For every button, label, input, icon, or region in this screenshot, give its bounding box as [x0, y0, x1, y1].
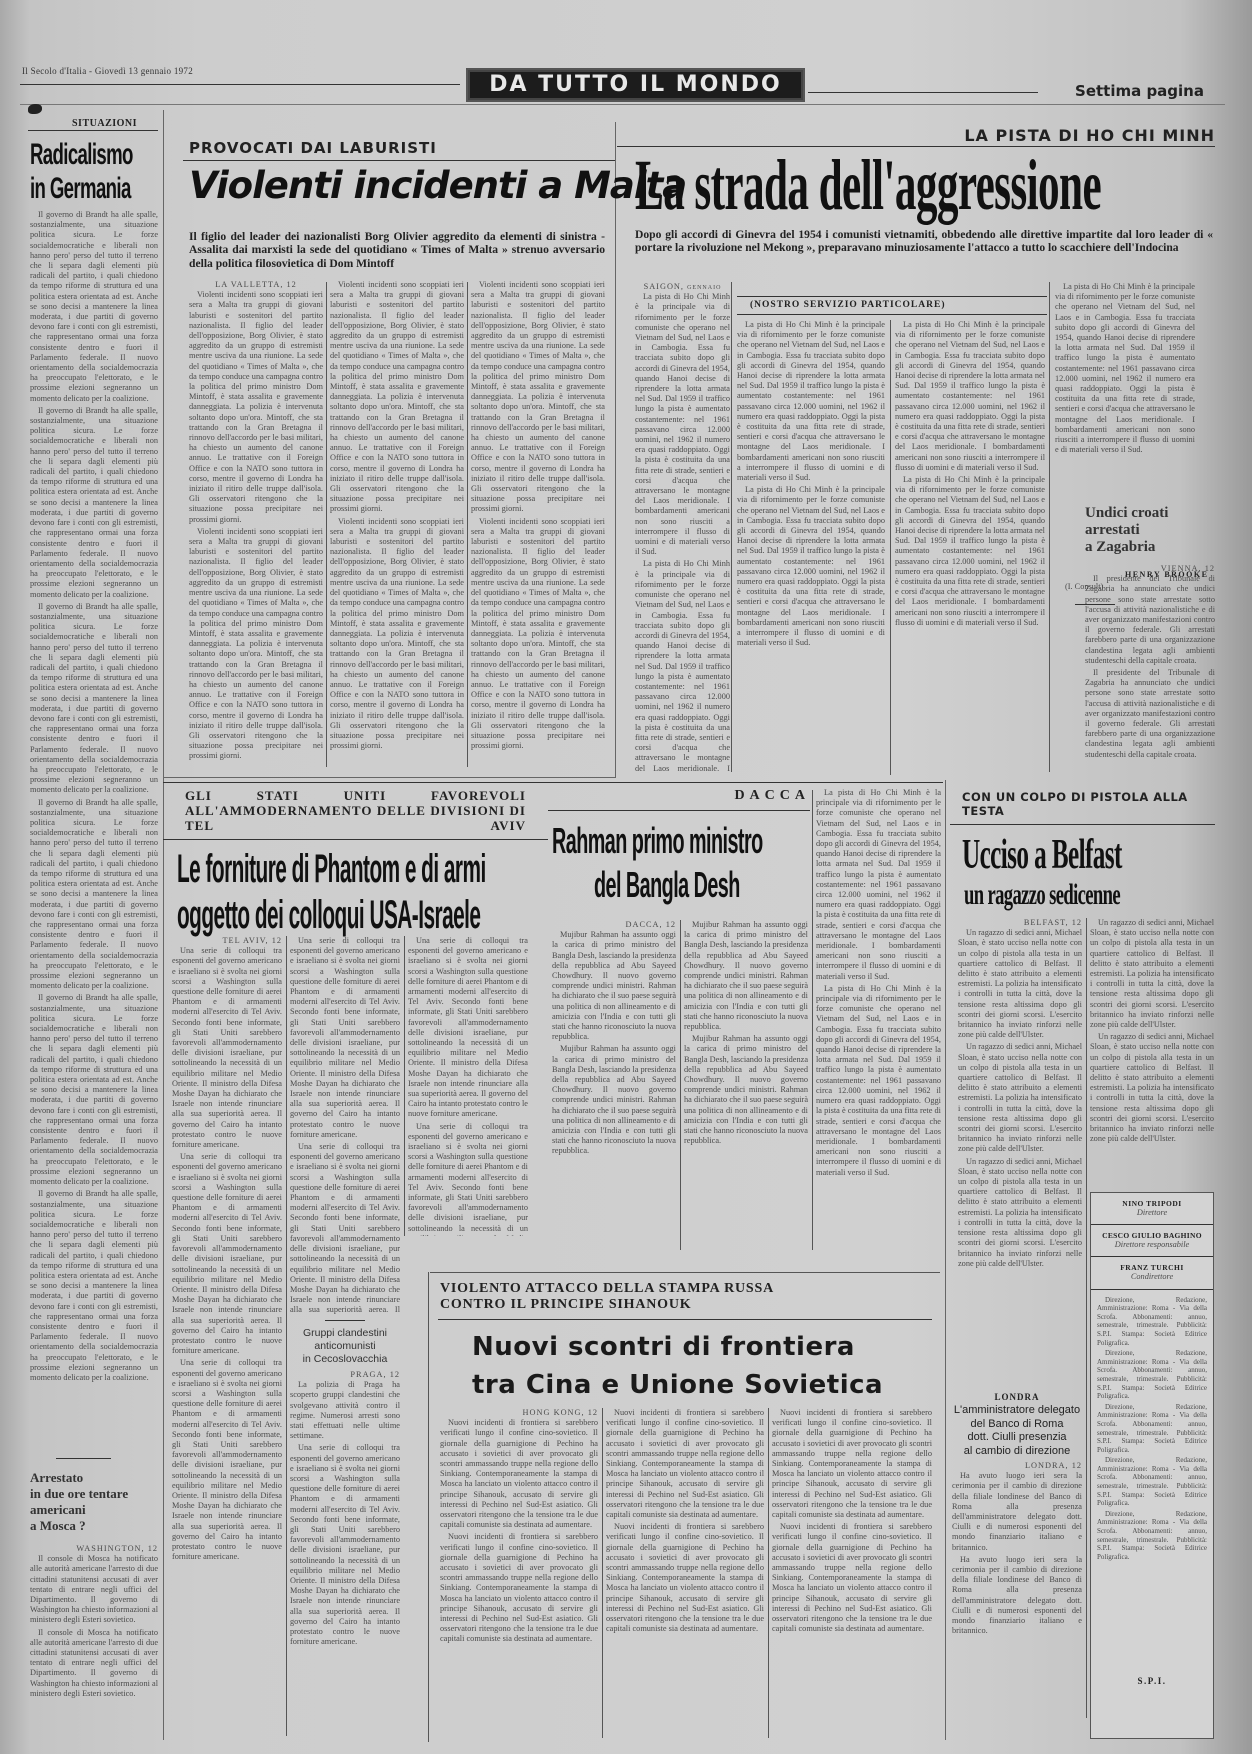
ceco-body: PRAGA, 12 La polizia di Praga ha scopert…	[290, 1370, 400, 1740]
masthead-box: NINO TRIPODI Direttore CESCO GIULIO BAGH…	[1090, 1192, 1214, 1739]
israele-col-3: Una serie di colloqui tra esponenti del …	[408, 936, 528, 1236]
left-body-p4: Il governo di Brandt ha alle spalle, sos…	[30, 798, 158, 992]
banco-dateline: LONDRA, 12	[952, 1461, 1082, 1471]
article-ceco: Gruppi clandestini anticomunisti in Ceco…	[290, 1320, 400, 1740]
croati-dateline: VIENNA, 12	[1085, 564, 1215, 574]
croati-body: VIENNA, 12 Il presidente del Tribunale d…	[1085, 564, 1215, 774]
entry-name-2: CESCO GIULIO BAGHINO	[1091, 1231, 1213, 1240]
masthead-footer: S.P.I.	[1091, 1676, 1213, 1686]
malta-col-3: Violenti incidenti sono scoppiati ieri s…	[471, 280, 605, 770]
israele-body-p6: Una serie di colloqui tra esponenti del …	[408, 936, 528, 1120]
dacca-headline-2: del Bangla Desh	[594, 863, 846, 907]
urss-body-p6: Nuovi incidenti di frontiera si sarebber…	[772, 1522, 932, 1634]
hochiminh-headline: La strada dell'aggressione	[635, 148, 1235, 222]
dacca-kicker-rule	[548, 810, 810, 811]
urss-headline: Nuovi scontri di frontiera tra Cina e Un…	[472, 1328, 940, 1404]
belfast-body-p2: Un ragazzo di sedici anni, Michael Sloan…	[958, 1042, 1082, 1154]
urss-kicker-1: VIOLENTO ATTACCO DELLA STAMPA RUSSA	[440, 1281, 940, 1297]
article-urss: VIOLENTO ATTACCO DELLA STAMPA RUSSA CONT…	[430, 1272, 940, 1404]
hochiminh-col-rule-2	[890, 320, 891, 775]
hochiminh-col-rule-1	[731, 282, 732, 772]
dacca-col-rule	[680, 920, 681, 1250]
continuation-p2: La pista di Ho Chi Minh è la principale …	[816, 984, 941, 1178]
malta-body-p4: Violenti incidenti sono scoppiati ieri s…	[330, 517, 464, 752]
urss-body-p1: Nuovi incidenti di frontiera si sarebber…	[440, 1418, 598, 1530]
urss-headline-2: tra Cina e Unione Sovietica	[472, 1366, 940, 1404]
left-body-p6: Il governo di Brandt ha alle spalle, sos…	[30, 1189, 158, 1383]
dacca-dateline: DACCA, 12	[552, 920, 676, 930]
sub-headline-line-1: Arrestato	[30, 1470, 158, 1486]
sub-body-p2: Il console di Mosca ha notificato alle a…	[30, 1628, 158, 1699]
entry-role-3: Condirettore	[1091, 1272, 1213, 1282]
header-rule-left	[20, 84, 460, 85]
hochiminh-dateline: SAIGON, gennaio	[635, 282, 730, 292]
left-headline: Radicalismo in Germania	[30, 138, 162, 206]
belfast-headline: Ucciso a Belfast un ragazzo sedicenne	[962, 833, 1252, 913]
article-croati: Undici croati arrestati a Zagabria VIENN…	[1085, 505, 1215, 774]
hochiminh-kicker: LA PISTA DI HO CHI MINH	[964, 126, 1215, 145]
belfast-body-p1: Un ragazzo di sedici anni, Michael Sloan…	[958, 928, 1082, 1040]
banco-dateline-top: LONDRA	[952, 1392, 1082, 1402]
malta-col-2: Violenti incidenti sono scoppiati ieri s…	[330, 280, 464, 770]
urss-dateline: HONG KONG, 12	[440, 1408, 598, 1418]
rubric-rule	[28, 130, 158, 131]
left-headline-line-2: in Germania	[30, 172, 160, 206]
hochiminh-body-p3: La pista di Ho Chi Minh è la principale …	[737, 320, 885, 483]
rubric-label: SITUAZIONI	[72, 118, 158, 129]
article-israele: GLI STATI UNITI FAVOREVOLI ALL'AMMODERNA…	[163, 788, 548, 938]
urss-left-rule	[428, 1272, 429, 1742]
ceco-dateline: PRAGA, 12	[290, 1370, 400, 1380]
urss-kicker: VIOLENTO ATTACCO DELLA STAMPA RUSSA CONT…	[440, 1281, 940, 1313]
urss-col-1: HONG KONG, 12 Nuovi incidenti di frontie…	[440, 1408, 598, 1738]
israele-col-1: TEL AVIV, 12 Una serie di colloqui tra e…	[172, 936, 282, 1736]
hochiminh-body-p4: La pista di Ho Chi Minh è la principale …	[737, 485, 885, 648]
fine-print-2: Direzione, Redazione, Amministrazione: R…	[1097, 1349, 1207, 1401]
banco-body-p1: Ha avuto luogo ieri sera la cerimonia pe…	[952, 1471, 1082, 1553]
banco-headline: L'amministratore delegato del Banco di R…	[952, 1404, 1082, 1458]
belfast-dateline: BELFAST, 12	[958, 918, 1082, 928]
belfast-kicker: CON UN COLPO DI PISTOLA ALLA TESTA	[962, 790, 1215, 818]
sub-headline-line-3: americani	[30, 1502, 158, 1518]
masthead-rule-2	[1091, 1256, 1213, 1257]
banco-headline-3: dott. Ciulli presenzia	[952, 1431, 1082, 1445]
hochiminh-body-p2: La pista di Ho Chi Minh è la principale …	[635, 559, 730, 772]
croati-headline-1: Undici croati	[1085, 505, 1215, 522]
dacca-kicker: DACCA	[548, 788, 810, 804]
sub-headline-line-2: in due ore tentare	[30, 1486, 158, 1502]
israele-body-p1: Una serie di colloqui tra esponenti del …	[172, 946, 282, 1150]
ceco-headline-3: in Cecoslovacchia	[290, 1353, 400, 1366]
urss-kicker-2: CONTRO IL PRINCIPE SIHANOUK	[440, 1297, 940, 1313]
ceco-headline: Gruppi clandestini anticomunisti in Ceco…	[290, 1327, 400, 1366]
article-banco: LONDRA L'amministratore delegato del Ban…	[952, 1392, 1082, 1711]
urss-col-rule-1	[602, 1408, 603, 1738]
malta-dateline: LA VALLETTA, 12	[189, 280, 323, 290]
banco-body: LONDRA, 12 Ha avuto luogo ieri sera la c…	[952, 1461, 1082, 1711]
belfast-kicker-rule	[950, 824, 1215, 825]
ceco-headline-2: anticomunisti	[290, 1340, 400, 1353]
urss-col-3: Nuovi incidenti di frontiera si sarebber…	[772, 1408, 932, 1738]
left-body-p5: Il governo di Brandt ha alle spalle, sos…	[30, 993, 158, 1187]
hochiminh-col-rule-3	[1049, 282, 1050, 772]
left-body-p2: Il governo di Brandt ha alle spalle, sos…	[30, 406, 158, 600]
belfast-col-2: Un ragazzo di sedici anni, Michael Sloan…	[1090, 918, 1214, 1188]
malta-body-p6: Violenti incidenti sono scoppiati ieri s…	[471, 517, 605, 752]
israele-body-p4: Una serie di colloqui tra esponenti del …	[290, 936, 400, 1140]
malta-deck: Il figlio del leader dei nazionalisti Bo…	[189, 230, 605, 270]
urss-col-2: Nuovi incidenti di frontiera si sarebber…	[606, 1408, 764, 1738]
israele-headline-1: Le forniture di Phantom e di armi	[177, 846, 541, 892]
ceco-body-p2: Una serie di colloqui tra esponenti del …	[290, 1443, 400, 1647]
masthead-entry-3: FRANZ TURCHI Condirettore	[1091, 1263, 1213, 1282]
folio-line: Il Secolo d'Italia - Giovedì 13 gennaio …	[22, 66, 193, 76]
hochiminh-deck: Dopo gli accordi di Ginevra del 1954 i c…	[635, 228, 1213, 255]
article-dacca: DACCA Rahman primo ministro del Bangla D…	[548, 788, 810, 907]
hochiminh-body-p7: La pista di Ho Chi Minh è la principale …	[1055, 282, 1195, 455]
fine-print-4: Direzione, Redazione, Amministrazione: R…	[1097, 1456, 1207, 1508]
banco-headline-4: al cambio di direzione	[952, 1445, 1082, 1459]
israele-headline-2: oggetto dei colloqui USA-Israele	[177, 892, 541, 938]
left-body-p3: Il governo di Brandt ha alle spalle, sos…	[30, 602, 158, 796]
urss-body-p5: Nuovi incidenti di frontiera si sarebber…	[772, 1408, 932, 1520]
section-banner: DA TUTTO IL MONDO	[466, 68, 805, 102]
left-sub-body: WASHINGTON, 12 Il console di Mosca ha no…	[30, 1544, 158, 1744]
israele-body-p2: Una serie di colloqui tra esponenti del …	[172, 1152, 282, 1356]
banco-body-p2: Ha avuto luogo ieri sera la cerimonia pe…	[952, 1555, 1082, 1637]
masthead-rule-1	[1091, 1224, 1213, 1225]
croati-headline-2: arrestati	[1085, 522, 1215, 539]
dacca-headline-1: Rahman primo ministro	[552, 819, 827, 863]
masthead-entry-1: NINO TRIPODI Direttore	[1091, 1193, 1213, 1218]
entry-role-2: Direttore responsabile	[1091, 1240, 1213, 1250]
left-article-body: Il governo di Brandt ha alle spalle, sos…	[30, 210, 158, 1420]
article-belfast: CON UN COLPO DI PISTOLA ALLA TESTA Uccis…	[950, 790, 1215, 913]
masthead-entry-2: CESCO GIULIO BAGHINO Direttore responsab…	[1091, 1231, 1213, 1250]
croati-body-p2: Il presidente del Tribunale di Zagabria …	[1085, 668, 1215, 760]
croati-headline-3: a Zagabria	[1085, 539, 1215, 556]
urss-body-p3: Nuovi incidenti di frontiera si sarebber…	[606, 1408, 764, 1520]
belfast-body-p3: Un ragazzo di sedici anni, Michael Sloan…	[958, 1157, 1082, 1269]
sub-headline-line-4: a Mosca ?	[30, 1518, 158, 1534]
croati-headline: Undici croati arrestati a Zagabria	[1085, 505, 1215, 556]
dacca-body-p3: Mujibur Rahman ha assunto oggi la carica…	[684, 920, 808, 1032]
left-body-p1: Il governo di Brandt ha alle spalle, sos…	[30, 210, 158, 404]
ceco-separator	[325, 1320, 365, 1321]
hochiminh-body-p6: La pista di Ho Chi Minh è la principale …	[895, 475, 1045, 628]
dacca-body-p4: Mujibur Rahman ha assunto oggi la carica…	[684, 1034, 808, 1146]
dacca-col-2: Mujibur Rahman ha assunto oggi la carica…	[684, 920, 808, 1250]
belfast-headline-2: un ragazzo sedicenne	[964, 877, 1252, 913]
left-headline-line-1: Radicalismo	[30, 138, 160, 172]
right-column-divider	[945, 780, 946, 1740]
service-note: (NOSTRO SERVIZIO PARTICOLARE)	[750, 300, 946, 310]
malta-headline: Violenti incidenti a Malta	[189, 164, 686, 207]
fine-print-5: Direzione, Redazione, Amministrazione: R…	[1097, 1510, 1207, 1562]
hochiminh-col-1: SAIGON, gennaio La pista di Ho Chi Minh …	[635, 282, 730, 772]
malta-body-p2: Violenti incidenti sono scoppiati ieri s…	[189, 527, 323, 762]
belfast-headline-1: Ucciso a Belfast	[962, 833, 1252, 877]
israele-col-rule-1	[286, 936, 287, 1736]
article-malta: PROVOCATI DAI LABURISTI Violenti inciden…	[163, 122, 616, 778]
dacca-body-p2: Mujibur Rahman ha assunto oggi la carica…	[552, 1044, 676, 1156]
bird-icon	[28, 104, 42, 114]
malta-kicker-rule	[183, 160, 615, 161]
service-rule-bottom	[737, 314, 1047, 315]
dacca-body-p1: Mujibur Rahman ha assunto oggi la carica…	[552, 930, 676, 1042]
hochiminh-continuation: La pista di Ho Chi Minh è la principale …	[816, 788, 941, 1250]
malta-body-p1: Violenti incidenti sono scoppiati ieri s…	[189, 290, 323, 525]
entry-role-1: Direttore	[1091, 1208, 1213, 1218]
israele-kicker: GLI STATI UNITI FAVOREVOLI ALL'AMMODERNA…	[163, 788, 548, 833]
entry-name-1: NINO TRIPODI	[1091, 1199, 1213, 1208]
croati-body-p1: Il presidente del Tribunale di Zagabria …	[1085, 574, 1215, 666]
masthead-fine-print: Direzione, Redazione, Amministrazione: R…	[1091, 1296, 1213, 1676]
sub-body-p1: Il console di Mosca ha notificato alle a…	[30, 1554, 158, 1625]
israele-kicker-rule	[163, 839, 548, 840]
malta-col-rule-2	[467, 282, 468, 767]
masthead-rule-3	[1091, 1289, 1213, 1290]
hochiminh-col-3: La pista di Ho Chi Minh è la principale …	[895, 320, 1045, 775]
left-column: SITUAZIONI	[28, 102, 158, 129]
mid-rule	[163, 782, 943, 783]
left-sub-headline: Arrestato in due ore tentare americani a…	[30, 1470, 158, 1534]
belfast-col-1: BELFAST, 12 Un ragazzo di sedici anni, M…	[958, 918, 1082, 1388]
fine-print-3: Direzione, Redazione, Amministrazione: R…	[1097, 1403, 1207, 1455]
hochiminh-headline-wrap: La strada dell'aggressione	[635, 148, 1252, 222]
belfast-body-p5: Un ragazzo di sedici anni, Michael Sloan…	[1090, 1032, 1214, 1144]
entry-name-3: FRANZ TURCHI	[1091, 1263, 1213, 1272]
header-underline	[20, 104, 1225, 105]
dacca-col-1: DACCA, 12 Mujibur Rahman ha assunto oggi…	[552, 920, 676, 1250]
malta-body-p3: Violenti incidenti sono scoppiati ieri s…	[330, 280, 464, 515]
urss-col-rule-2	[768, 1408, 769, 1738]
ceco-headline-1: Gruppi clandestini	[290, 1327, 400, 1340]
left-separator	[56, 1458, 111, 1459]
israele-body-p7: Una serie di colloqui tra esponenti del …	[408, 1122, 528, 1236]
israele-body-p3: Una serie di colloqui tra esponenti del …	[172, 1358, 282, 1562]
malta-body-p5: Violenti incidenti sono scoppiati ieri s…	[471, 280, 605, 515]
fine-print-1: Direzione, Redazione, Amministrazione: R…	[1097, 1296, 1207, 1348]
belfast-col-rule	[1086, 918, 1087, 1718]
israele-col-rule-2	[404, 936, 405, 1236]
hochiminh-body-p5: La pista di Ho Chi Minh è la principale …	[895, 320, 1045, 473]
urss-kicker-rule	[438, 1319, 932, 1320]
banco-headline-2: del Banco di Roma	[952, 1418, 1082, 1432]
hochiminh-col-2: La pista di Ho Chi Minh è la principale …	[737, 320, 885, 775]
israele-dateline: TEL AVIV, 12	[172, 936, 282, 946]
banco-headline-1: L'amministratore delegato	[952, 1404, 1082, 1418]
sub-dateline: WASHINGTON, 12	[30, 1544, 158, 1554]
urss-headline-1: Nuovi scontri di frontiera	[472, 1328, 940, 1366]
malta-col-rule-1	[326, 282, 327, 767]
israele-body-p5: Una serie di colloqui tra esponenti del …	[290, 1142, 400, 1316]
belfast-body-p4: Un ragazzo di sedici anni, Michael Sloan…	[1090, 918, 1214, 1030]
continuation-p1: La pista di Ho Chi Minh è la principale …	[816, 788, 941, 982]
header-rule-right	[808, 92, 1038, 93]
urss-body-p4: Nuovi incidenti di frontiera si sarebber…	[606, 1522, 764, 1634]
page-label: Settima pagina	[1075, 82, 1204, 100]
malta-col-1: LA VALLETTA, 12 Violenti incidenti sono …	[189, 280, 323, 770]
israele-col-2: Una serie di colloqui tra esponenti del …	[290, 936, 400, 1316]
hochiminh-body-p1: La pista di Ho Chi Minh è la principale …	[635, 292, 730, 557]
ceco-body-p1: La polizia di Praga ha scoperto gruppi c…	[290, 1380, 400, 1441]
newspaper-page: Il Secolo d'Italia - Giovedì 13 gennaio …	[0, 0, 1252, 1754]
urss-body-p2: Nuovi incidenti di frontiera si sarebber…	[440, 1532, 598, 1644]
dacca-right-rule	[812, 790, 813, 1250]
malta-kicker: PROVOCATI DAI LABURISTI	[189, 139, 437, 157]
service-rule-top	[737, 296, 1047, 297]
